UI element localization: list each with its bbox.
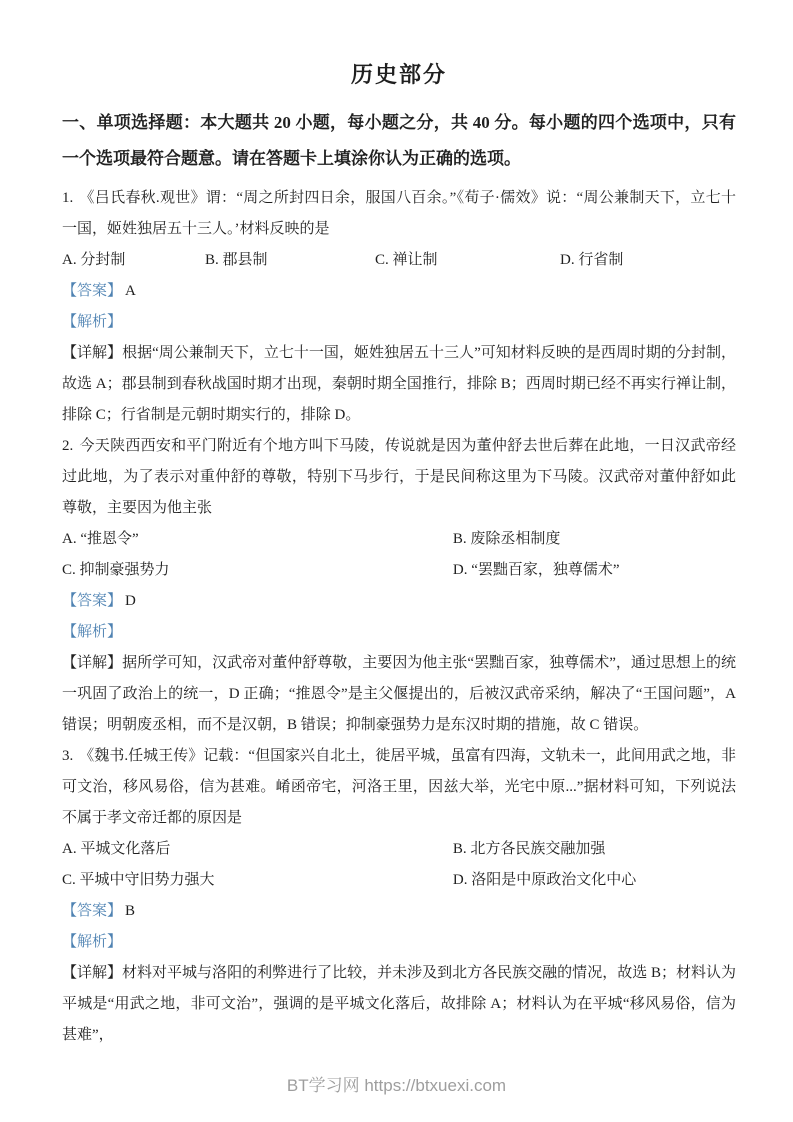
- answer-value: B: [125, 903, 135, 919]
- section-header: 一、单项选择题：本大题共 20 小题，每小题之分，共 40 分。每小题的四个选项…: [62, 105, 736, 177]
- page-title: 历史部分: [62, 58, 736, 89]
- footer-watermark: BT学习网 https://btxuexi.com: [0, 1071, 793, 1096]
- option-c: C. 禅让制: [375, 245, 560, 276]
- detail-text: 据所学可知，汉武帝对董仲舒尊敬，主要因为他主张“罢黜百家，独尊儒术”，通过思想上…: [62, 655, 736, 733]
- analysis-label: 【解析】: [62, 624, 122, 640]
- analysis-line: 【解析】: [62, 307, 736, 338]
- option-b: B. 废除丞相制度: [453, 524, 736, 555]
- answer-line: 【答案】A: [62, 276, 736, 307]
- detail-text: 根据“周公兼制天下，立七十一国，姬姓独居五十三人”可知材料反映的是西周时期的分封…: [62, 345, 736, 423]
- answer-label: 【答案】: [62, 903, 122, 919]
- answer-label: 【答案】: [62, 593, 122, 609]
- analysis-line: 【解析】: [62, 617, 736, 648]
- option-d: D. “罢黜百家，独尊儒术”: [453, 555, 736, 586]
- option-a: A. 分封制: [62, 245, 205, 276]
- footer-text: BT学习网 https://btxuexi.com: [287, 1076, 506, 1095]
- option-d: D. 行省制: [560, 245, 736, 276]
- analysis-line: 【解析】: [62, 927, 736, 958]
- answer-value: A: [125, 283, 136, 299]
- option-a: A. 平城文化落后: [62, 834, 453, 865]
- detail-label: 【详解】: [62, 965, 122, 981]
- question-1: 1.《吕氏春秋.观世》谓：“周之所封四日余，服国八百余。”《荀子·儒效》说：“周…: [62, 183, 736, 431]
- question-number: 3.: [62, 748, 73, 764]
- detail-label: 【详解】: [62, 345, 122, 361]
- question-number: 2.: [62, 438, 73, 454]
- option-b: B. 北方各民族交融加强: [453, 834, 736, 865]
- detail-paragraph: 【详解】据所学可知，汉武帝对董仲舒尊敬，主要因为他主张“罢黜百家，独尊儒术”，通…: [62, 648, 736, 741]
- question-3: 3.《魏书.任城王传》记载：“但国家兴自北土，徙居平城，虽富有四海，文轨未一，此…: [62, 741, 736, 1051]
- option-c: C. 抑制豪强势力: [62, 555, 453, 586]
- question-stem: 2.今天陕西西安和平门附近有个地方叫下马陵，传说就是因为董仲舒去世后葬在此地，一…: [62, 431, 736, 524]
- option-a: A. “推恩令”: [62, 524, 453, 555]
- detail-label: 【详解】: [62, 655, 122, 671]
- document-content: 历史部分 一、单项选择题：本大题共 20 小题，每小题之分，共 40 分。每小题…: [0, 0, 793, 1051]
- option-b: B. 郡县制: [205, 245, 375, 276]
- answer-line: 【答案】D: [62, 586, 736, 617]
- question-2: 2.今天陕西西安和平门附近有个地方叫下马陵，传说就是因为董仲舒去世后葬在此地，一…: [62, 431, 736, 741]
- question-stem: 3.《魏书.任城王传》记载：“但国家兴自北土，徙居平城，虽富有四海，文轨未一，此…: [62, 741, 736, 834]
- analysis-label: 【解析】: [62, 314, 122, 330]
- question-stem-text: 《吕氏春秋.观世》谓：“周之所封四日余，服国八百余。”《荀子·儒效》说：“周公兼…: [62, 190, 736, 237]
- options-row: A. 分封制 B. 郡县制 C. 禅让制 D. 行省制: [62, 245, 736, 276]
- option-d: D. 洛阳是中原政治文化中心: [453, 865, 736, 896]
- question-number: 1.: [62, 190, 73, 206]
- detail-text: 材料对平城与洛阳的利弊进行了比较，并未涉及到北方各民族交融的情况，故选 B；材料…: [62, 965, 736, 1043]
- question-stem: 1.《吕氏春秋.观世》谓：“周之所封四日余，服国八百余。”《荀子·儒效》说：“周…: [62, 183, 736, 245]
- question-stem-text: 《魏书.任城王传》记载：“但国家兴自北土，徙居平城，虽富有四海，文轨未一，此间用…: [62, 748, 736, 826]
- options-grid: A. “推恩令” B. 废除丞相制度 C. 抑制豪强势力 D. “罢黜百家，独尊…: [62, 524, 736, 586]
- answer-value: D: [125, 593, 136, 609]
- option-c: C. 平城中守旧势力强大: [62, 865, 453, 896]
- document-page: 历史部分 一、单项选择题：本大题共 20 小题，每小题之分，共 40 分。每小题…: [0, 0, 793, 1122]
- analysis-label: 【解析】: [62, 934, 122, 950]
- answer-label: 【答案】: [62, 283, 122, 299]
- detail-paragraph: 【详解】材料对平城与洛阳的利弊进行了比较，并未涉及到北方各民族交融的情况，故选 …: [62, 958, 736, 1051]
- options-grid: A. 平城文化落后 B. 北方各民族交融加强 C. 平城中守旧势力强大 D. 洛…: [62, 834, 736, 896]
- question-stem-text: 今天陕西西安和平门附近有个地方叫下马陵，传说就是因为董仲舒去世后葬在此地，一日汉…: [62, 438, 736, 516]
- answer-line: 【答案】B: [62, 896, 736, 927]
- detail-paragraph: 【详解】根据“周公兼制天下，立七十一国，姬姓独居五十三人”可知材料反映的是西周时…: [62, 338, 736, 431]
